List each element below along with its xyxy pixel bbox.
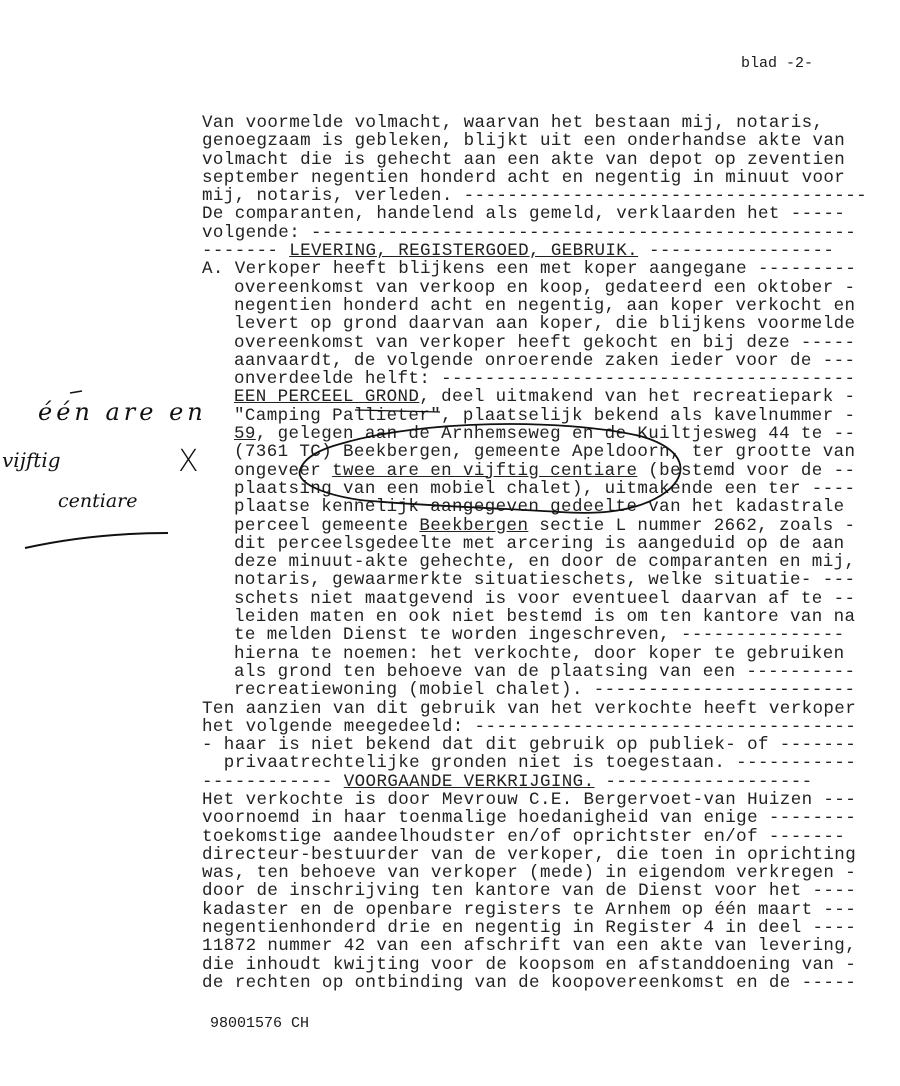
text-line: kadaster en de openbare registers te Arn… xyxy=(202,901,882,919)
text-line: die inhoudt kwijting voor de koopsom en … xyxy=(202,956,882,974)
text-line: september negentien honderd acht en nege… xyxy=(202,169,882,187)
underlined-heading: EEN PERCEEL GROND xyxy=(234,387,419,407)
handwritten-note-line-2: vijftig xyxy=(2,448,61,472)
text-line: ongeveer twee are en vijftig centiare (b… xyxy=(202,462,882,480)
text-line: privaatrechtelijke gronden niet is toege… xyxy=(202,754,882,772)
text-line: recreatiewoning (mobiel chalet). -------… xyxy=(202,681,882,699)
text-line: schets niet maatgevend is voor eventueel… xyxy=(202,590,882,608)
text-line: mij, notaris, verleden. ----------------… xyxy=(202,187,882,205)
line-prefix: perceel gemeente xyxy=(234,516,419,536)
underlined-heading: LEVERING, REGISTERGOED, GEBRUIK. xyxy=(289,241,638,261)
text-line: was, ten behoeve van verkoper (mede) in … xyxy=(202,864,882,882)
text-line: hierna te noemen: het verkochte, door ko… xyxy=(202,645,882,663)
text-line: overeenkomst van verkoper heeft gekocht … xyxy=(202,334,882,352)
underline-stroke xyxy=(25,533,168,548)
text-line: notaris, gewaarmerkte situatieschets, we… xyxy=(202,571,882,589)
text-line: overeenkomst van verkoop en koop, gedate… xyxy=(202,279,882,297)
handwritten-note-line-1: één are en xyxy=(38,398,207,426)
line-suffix: sectie L nummer 2662, zoals - xyxy=(528,516,855,536)
text-line: negentienhonderd drie en negentig in Reg… xyxy=(202,919,882,937)
text-line: EEN PERCEEL GROND, deel uitmakend van he… xyxy=(202,388,882,406)
line-suffix: ------------------- xyxy=(594,772,812,792)
text-line: aanvaardt, de volgende onroerende zaken … xyxy=(202,352,882,370)
text-line: - haar is niet bekend dat dit gebruik op… xyxy=(202,736,882,754)
text-line: onverdeelde helft: ---------------------… xyxy=(202,370,882,388)
text-line: genoegzaam is gebleken, blijkt uit een o… xyxy=(202,132,882,150)
underlined-heading: Beekbergen xyxy=(419,516,528,536)
text-line: plaatsing van een mobiel chalet), uitmak… xyxy=(202,480,882,498)
accent-stroke xyxy=(70,391,82,393)
underlined-heading: 59 xyxy=(234,424,256,444)
line-prefix: ------- xyxy=(202,241,289,261)
text-line: leiden maten en ook niet bestemd is om t… xyxy=(202,608,882,626)
line-suffix: , deel uitmakend van het recreatiepark - xyxy=(419,387,855,407)
text-line: levert op grond daarvan aan koper, die b… xyxy=(202,315,882,333)
document-page: blad -2- Van voormelde volmacht, waarvan… xyxy=(0,0,900,1086)
underlined-heading: twee are en vijftig centiare xyxy=(332,461,637,481)
text-line: Ten aanzien van dit gebruik van het verk… xyxy=(202,700,882,718)
text-line: deze minuut-akte gehechte, en door de co… xyxy=(202,553,882,571)
underlined-heading: VOORGAANDE VERKRIJGING. xyxy=(344,772,595,792)
text-line: voornoemd in haar toenmalige hoedanighei… xyxy=(202,809,882,827)
text-line: 59, gelegen aan de Arnhemseweg en de Kui… xyxy=(202,425,882,443)
text-line: ------- LEVERING, REGISTERGOED, GEBRUIK.… xyxy=(202,242,882,260)
line-suffix: ----------------- xyxy=(638,241,834,261)
document-reference-number: 98001576 CH xyxy=(210,1015,309,1032)
text-line: plaatse kennelijk aangegeven gedeelte va… xyxy=(202,498,882,516)
handwritten-cross-mark: X xyxy=(178,444,199,479)
text-line: als grond ten behoeve van de plaatsing v… xyxy=(202,663,882,681)
text-line: het volgende meegedeeld: ---------------… xyxy=(202,718,882,736)
text-line: 11872 nummer 42 van een afschrift van ee… xyxy=(202,937,882,955)
text-line: de rechten op ontbinding van de koopover… xyxy=(202,974,882,992)
text-line: dit perceelsgedeelte met arcering is aan… xyxy=(202,535,882,553)
text-line: te melden Dienst te worden ingeschreven,… xyxy=(202,626,882,644)
text-line: Het verkochte is door Mevrouw C.E. Berge… xyxy=(202,791,882,809)
text-line: door de inschrijving ten kantore van de … xyxy=(202,882,882,900)
text-line: Van voormelde volmacht, waarvan het best… xyxy=(202,114,882,132)
text-line: A. Verkoper heeft blijkens een met koper… xyxy=(202,260,882,278)
text-line: negentien honderd acht en negentig, aan … xyxy=(202,297,882,315)
text-line: volmacht die is gehecht aan een akte van… xyxy=(202,151,882,169)
text-line: "Camping Pallieter", plaatselijk bekend … xyxy=(202,407,882,425)
text-line: ------------ VOORGAANDE VERKRIJGING. ---… xyxy=(202,773,882,791)
line-suffix: (bestemd voor de -- xyxy=(637,461,855,481)
text-line: De comparanten, handelend als gemeld, ve… xyxy=(202,205,882,223)
text-line: perceel gemeente Beekbergen sectie L num… xyxy=(202,517,882,535)
line-prefix: ------------ xyxy=(202,772,344,792)
line-suffix: , gelegen aan de Arnhemseweg en de Kuilt… xyxy=(256,424,856,444)
text-line: (7361 TC) Beekbergen, gemeente Apeldoorn… xyxy=(202,443,882,461)
text-line: volgende: ------------------------------… xyxy=(202,224,882,242)
handwritten-note-line-3: centiare xyxy=(58,490,138,512)
text-line: directeur-bestuurder van de verkoper, di… xyxy=(202,846,882,864)
line-prefix: ongeveer xyxy=(234,461,332,481)
text-line: toekomstige aandeelhoudster en/of oprich… xyxy=(202,828,882,846)
deed-body-text: Van voormelde volmacht, waarvan het best… xyxy=(202,114,882,992)
page-number-label: blad -2- xyxy=(741,55,813,72)
